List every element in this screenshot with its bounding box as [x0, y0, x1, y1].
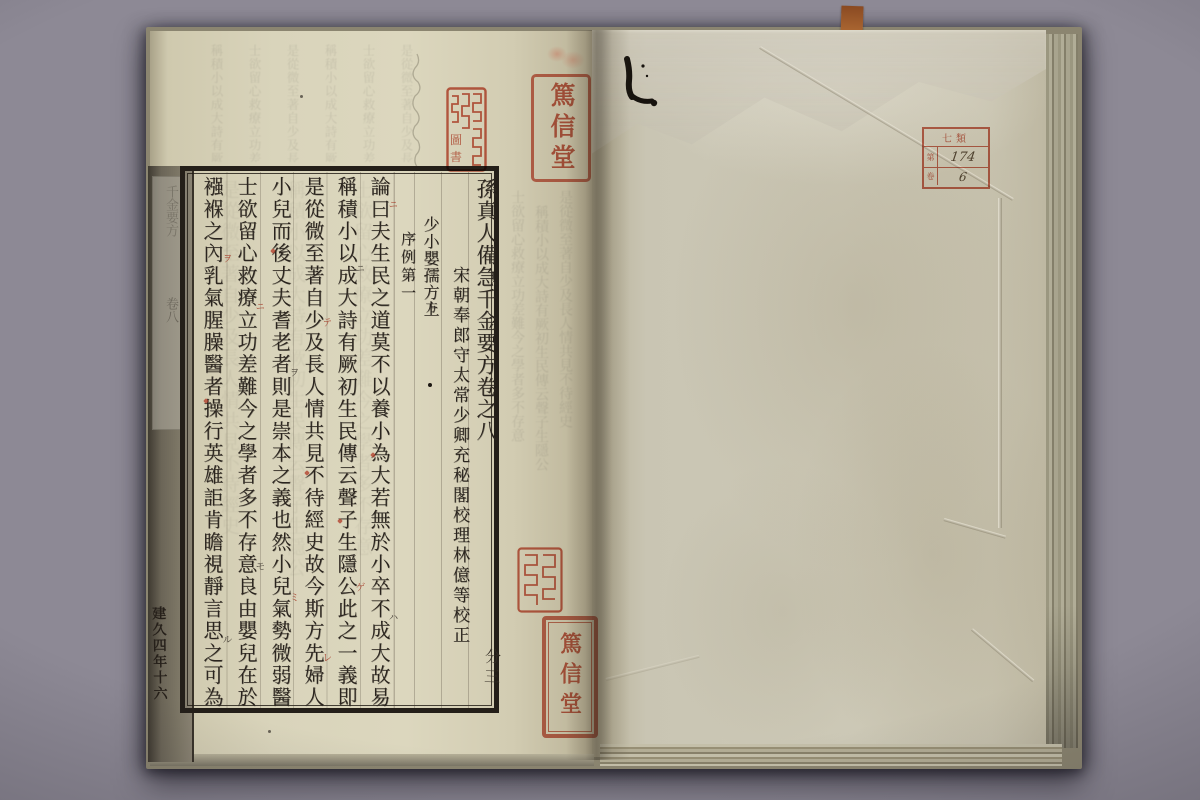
- kunten-mark: ヲ: [287, 367, 297, 377]
- photograph-of-open-book: 千金要方 卷八 建久四年十六 稱積小以成大詩有厥初生民傳云聲子生隱公 士欲留心救…: [0, 0, 1200, 800]
- stamp-row: 卷 6: [924, 168, 988, 185]
- bleedthrough-column: 是從微至著自少及長人情共見不待經史: [395, 44, 417, 162]
- faint-red-mark: [545, 42, 585, 72]
- kunten-mark: テ: [320, 317, 330, 327]
- column-title: 孫真人備急千金要方卷之八: [471, 178, 501, 442]
- bleedthrough-column: 士欲留心救療立功差難今之學者多不存意: [243, 44, 265, 162]
- square-collector-seal-top: 圖 書: [446, 87, 487, 172]
- bleedthrough-column: 稱積小以成大詩有厥初生民傳云聲子生隱公: [205, 44, 227, 162]
- wormhole-speck: [428, 383, 432, 387]
- kunten-mark: ハ: [386, 612, 396, 622]
- kunten-mark: ニ: [253, 301, 263, 311]
- crease-line: [606, 655, 700, 681]
- page-edge-stack-bottom: [600, 744, 1062, 766]
- seal-char-sho: 書: [450, 150, 462, 164]
- bleedthrough-column: 士欲留心救療立功差難今之學者多不存意: [357, 44, 379, 162]
- cover-inscription: 建久四年十六: [148, 606, 170, 702]
- slip-volume: 卷八: [161, 297, 180, 323]
- wormhole-speck: [268, 730, 271, 733]
- stamp-header-row: 七類: [924, 129, 988, 147]
- stamp-row: 第 174: [924, 147, 988, 168]
- bleedthrough-column: 士欲留心救療立功差難今之學者多不存意: [506, 190, 528, 698]
- body-column-2: 稱積小以成大詩有厥初生民傳云聲子生隱公此之一義即: [329, 176, 362, 709]
- hall-seal-bottom: 篤信堂: [542, 616, 598, 738]
- wormhole-speck: [300, 95, 303, 98]
- square-collector-seal-bottom: [517, 547, 563, 613]
- tally-note: 分三: [479, 648, 503, 689]
- library-stamp: 七類 第 174 卷 6: [922, 127, 990, 189]
- kunten-mark: ル: [220, 634, 230, 644]
- seal-char-tu: 圖: [450, 133, 462, 147]
- stamp-label: 卷: [924, 168, 938, 185]
- body-column-1: 論曰夫生民之道莫不以養小為大若無於小卒不成大故易: [362, 176, 395, 709]
- bleedthrough-column: 稱積小以成大詩有厥初生民傳云聲子生隱公: [319, 44, 341, 162]
- column-editors: 宋朝奉郎守太常少卿充秘閣校理林億等校正: [446, 266, 472, 646]
- left-page-bottom-edge: [150, 754, 594, 766]
- kunten-mark: ゲ: [353, 582, 363, 592]
- kunten-mark: モ: [253, 561, 263, 571]
- kunten-mark: ニ: [353, 263, 363, 273]
- kunten-mark: ミ: [287, 592, 297, 602]
- body-column-5: 士欲留心救療立功差難今之學者多不存意良由嬰兒在於: [229, 176, 262, 709]
- kunten-mark: ニ: [386, 199, 396, 209]
- crease-line: [944, 518, 1006, 539]
- crease-line: [971, 628, 1034, 682]
- hall-seal-bottom-text: 篤信堂: [555, 632, 586, 722]
- column-chapter-note: 方: [424, 301, 438, 313]
- hall-seal-top: 篤信堂: [531, 74, 591, 182]
- kunten-mark: レ: [320, 652, 330, 662]
- stamp-value: 6: [937, 168, 989, 185]
- page-edge-stack-right: [1046, 34, 1078, 748]
- bleedthrough-column: 是從微至著自少及長人情共見不待經史: [281, 44, 303, 162]
- column-chapter: 序例第一: [396, 231, 420, 303]
- hall-seal-bottom-inner: 篤信堂: [548, 622, 592, 732]
- slip-title: 千金要方: [161, 185, 180, 237]
- hall-seal-top-text: 篤信堂: [543, 82, 579, 175]
- stamp-header: 七類: [942, 130, 970, 145]
- stamp-value: 174: [937, 147, 990, 167]
- body-column-3: 是從微至著自少及長人情共見不待經史故今斯方先婦人: [296, 176, 329, 709]
- kunten-mark: ヲ: [220, 253, 230, 263]
- crease-line: [998, 198, 1002, 528]
- body-column-4: 小兒而後丈夫耆老者則是崇本之義也然小兒氣勢微弱醫: [263, 176, 296, 709]
- ink-mark: [614, 56, 662, 110]
